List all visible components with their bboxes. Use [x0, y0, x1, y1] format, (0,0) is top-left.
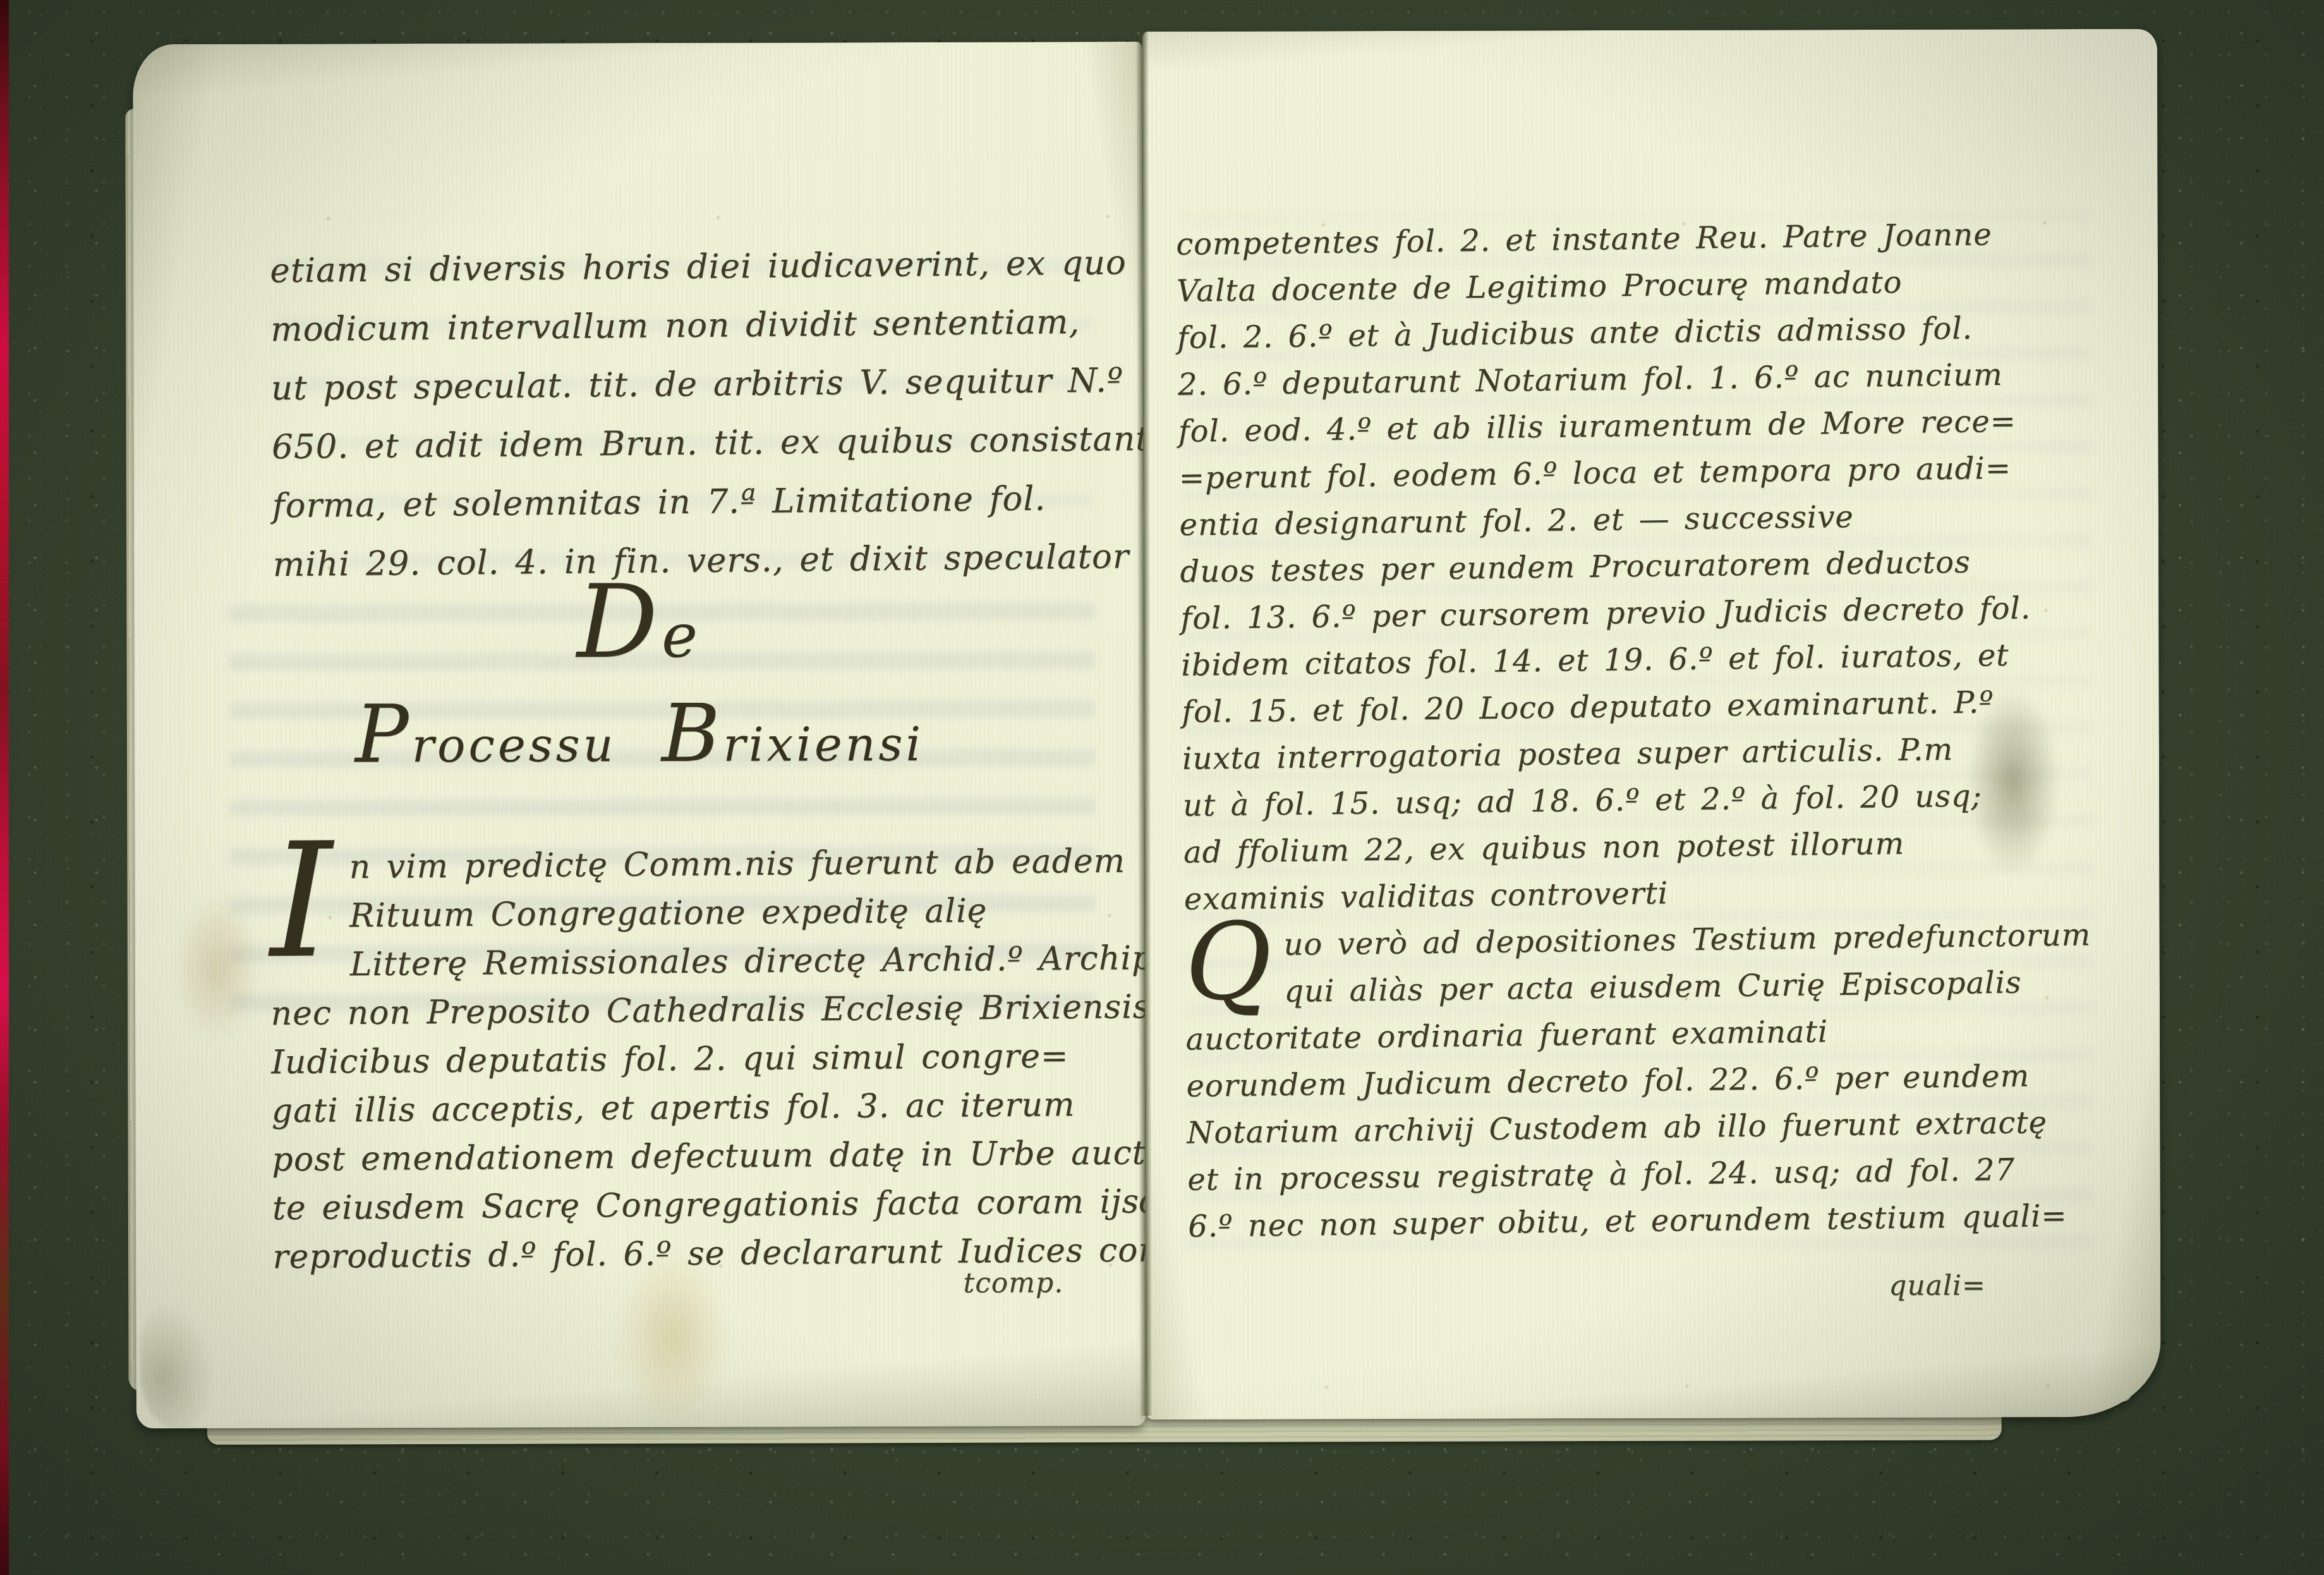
manuscript-photo: etiam si diversis horis diei iudicaverin…	[0, 0, 2324, 1575]
manuscript-line: forma, et solemnitas in 7.ª Limitatione …	[272, 468, 1119, 535]
manuscript-line: Iudicibus deputatis fol. 2. qui simul co…	[271, 1032, 1125, 1088]
right-page-paragraph-continuation: competentes fol. 2. et instante Reu. Pat…	[1176, 210, 2132, 923]
manuscript-line: te eiusdem Sacrę Congregationis facta co…	[272, 1178, 1126, 1234]
right-page-text-column: competentes fol. 2. et instante Reu. Pat…	[1176, 210, 2136, 1250]
film-edge-strip	[0, 0, 9, 1575]
page-corner-wrinkle	[140, 1302, 216, 1428]
manuscript-line: post emendationem defectuum datę in Urbe…	[272, 1129, 1125, 1185]
manuscript-line: 650. et adit idem Brun. tit. ex quibus c…	[272, 410, 1119, 477]
manuscript-line: nec non Preposito Cathedralis Ecclesię B…	[270, 983, 1124, 1039]
left-page-intro-paragraph: etiam si diversis horis diei iudicaverin…	[270, 233, 1120, 594]
drop-cap-initial: I	[270, 843, 350, 955]
manuscript-line: Litterę Remissionales directę Archid.º A…	[270, 935, 1124, 990]
open-manuscript-book: etiam si diversis horis diei iudicaverin…	[128, 28, 2161, 1487]
heading-line-de: De	[134, 570, 1144, 688]
chapter-heading: De Processu Brixiensi	[134, 570, 1144, 794]
left-page-body-paragraph: I n vim predictę Comm.nis fuerunt ab ead…	[270, 837, 1126, 1282]
heading-word: Processu	[355, 686, 617, 793]
manuscript-line: n vim predictę Comm.nis fuerunt ab eadem	[270, 837, 1123, 893]
heading-line-processu-brixiensi: Processu Brixiensi	[135, 685, 1144, 794]
left-page: etiam si diversis horis diei iudicaverin…	[133, 42, 1146, 1428]
catchword: tcomp.	[963, 1267, 1063, 1299]
right-page-quo-vero-paragraph: Q uo verò ad depositiones Testium predef…	[1184, 911, 2136, 1250]
manuscript-line: modicum intervallum non dividit sententi…	[270, 292, 1118, 359]
manuscript-line: gati illis acceptis, et apertis fol. 3. …	[272, 1081, 1125, 1136]
manuscript-line: Rituum Congregatione expeditę alię	[270, 886, 1123, 942]
paper-stain	[173, 891, 262, 1043]
heading-word: Brixiensi	[662, 686, 924, 793]
manuscript-line: etiam si diversis horis diei iudicaverin…	[270, 233, 1117, 300]
right-page: competentes fol. 2. et instante Reu. Pat…	[1142, 29, 2161, 1420]
catchword: quali=	[1889, 1270, 1986, 1302]
drop-cap-initial: Q	[1184, 921, 1284, 1000]
manuscript-line: ut post speculat. tit. de arbitris V. se…	[271, 351, 1118, 418]
